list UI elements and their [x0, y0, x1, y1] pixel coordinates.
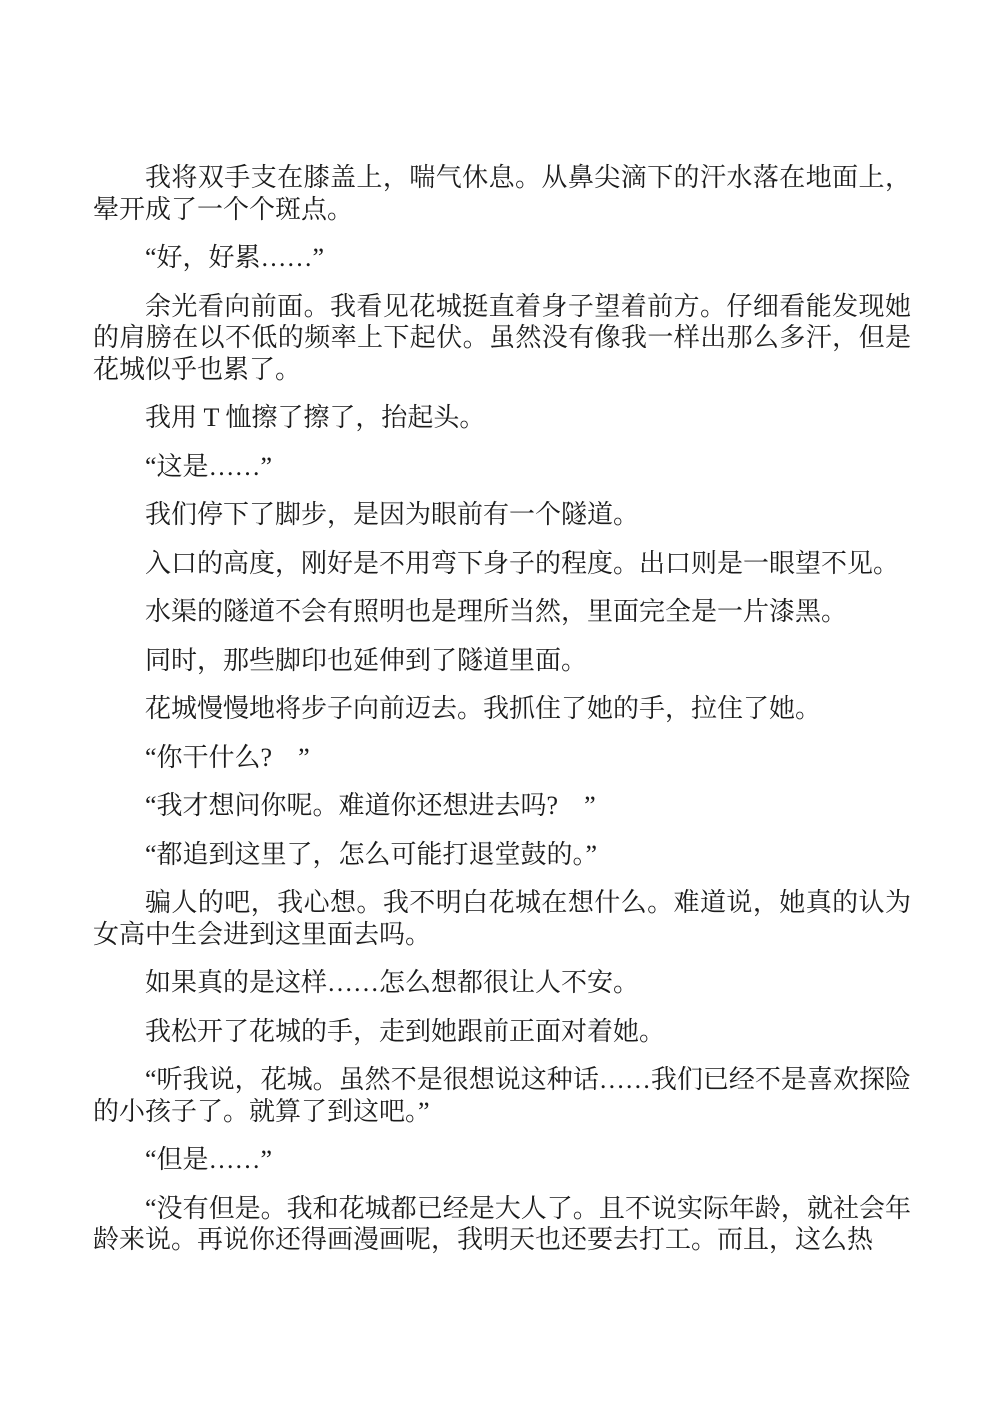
paragraph: “你干什么? ” [93, 742, 911, 774]
paragraph: 我用 T 恤擦了擦了，抬起头。 [93, 402, 911, 434]
paragraph: “都追到这里了，怎么可能打退堂鼓的。” [93, 839, 911, 871]
paragraph: 余光看向前面。我看见花城挺直着身子望着前方。仔细看能发现她的肩膀在以不低的频率上… [93, 291, 911, 386]
paragraph: “我才想问你呢。难道你还想进去吗? ” [93, 790, 911, 822]
paragraph: 如果真的是这样……怎么想都很让人不安。 [93, 967, 911, 999]
paragraph: 同时，那些脚印也延伸到了隧道里面。 [93, 645, 911, 677]
paragraph: “没有但是。我和花城都已经是大人了。且不说实际年龄，就社会年龄来说。再说你还得画… [93, 1193, 911, 1256]
paragraph: 我将双手支在膝盖上，喘气休息。从鼻尖滴下的汗水落在地面上，晕开成了一个个斑点。 [93, 162, 911, 225]
paragraph: “这是……” [93, 451, 911, 483]
paragraph: 我松开了花城的手，走到她跟前正面对着她。 [93, 1016, 911, 1048]
paragraph: “好，好累……” [93, 242, 911, 274]
book-page: 我将双手支在膝盖上，喘气休息。从鼻尖滴下的汗水落在地面上，晕开成了一个个斑点。“… [0, 0, 1000, 1428]
paragraph: 水渠的隧道不会有照明也是理所当然，里面完全是一片漆黑。 [93, 596, 911, 628]
paragraph: “但是……” [93, 1144, 911, 1176]
paragraph: “听我说，花城。虽然不是很想说这种话……我们已经不是喜欢探险的小孩子了。就算了到… [93, 1064, 911, 1127]
paragraph: 骗人的吧，我心想。我不明白花城在想什么。难道说，她真的认为女高中生会进到这里面去… [93, 887, 911, 950]
paragraph: 花城慢慢地将步子向前迈去。我抓住了她的手，拉住了她。 [93, 693, 911, 725]
paragraph: 入口的高度，刚好是不用弯下身子的程度。出口则是一眼望不见。 [93, 548, 911, 580]
paragraph: 我们停下了脚步，是因为眼前有一个隧道。 [93, 499, 911, 531]
text-column: 我将双手支在膝盖上，喘气休息。从鼻尖滴下的汗水落在地面上，晕开成了一个个斑点。“… [93, 162, 911, 1256]
